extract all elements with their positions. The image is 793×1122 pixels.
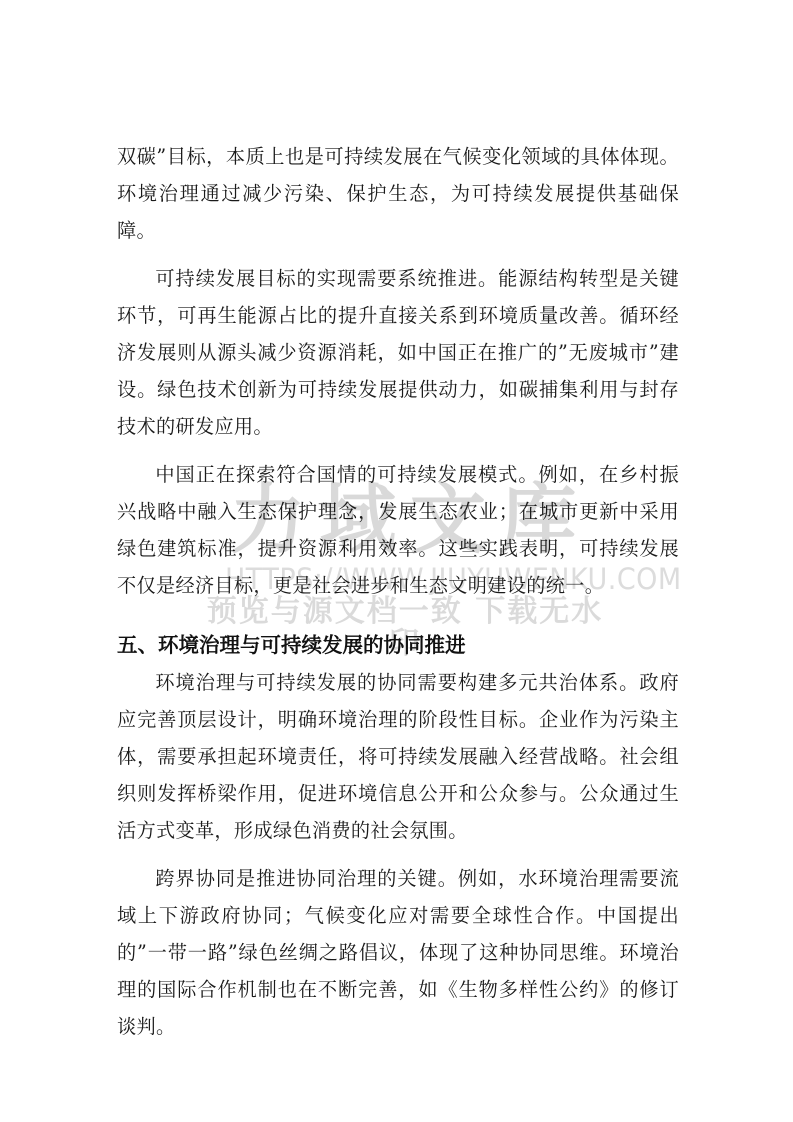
paragraph-multi-governance: 环境治理与可持续发展的协同需要构建多元共治体系。政府应完善顶层设计，明确环境治理…	[117, 664, 679, 849]
document-body: 双碳”目标，本质上也是可持续发展在气候变化领域的具体体现。环境治理通过减少污染、…	[117, 138, 679, 1056]
paragraph-continuation: 双碳”目标，本质上也是可持续发展在气候变化领域的具体体现。环境治理通过减少污染、…	[117, 138, 679, 249]
paragraph-sustainable-goals: 可持续发展目标的实现需要系统推进。能源结构转型是关键环节，可再生能源占比的提升直…	[117, 260, 679, 445]
paragraph-china-model: 中国正在探索符合国情的可持续发展模式。例如，在乡村振兴战略中融入生态保护理念，发…	[117, 456, 679, 604]
section-heading: 五、环境治理与可持续发展的协同推进	[117, 630, 679, 660]
paragraph-cross-border: 跨界协同是推进协同治理的关键。例如，水环境治理需要流域上下游政府协同；气候变化应…	[117, 860, 679, 1045]
document-page: 力域文库 HTTPS://WWW.JIUYUWENKU.COM 预览与源文档一致…	[0, 0, 793, 1122]
